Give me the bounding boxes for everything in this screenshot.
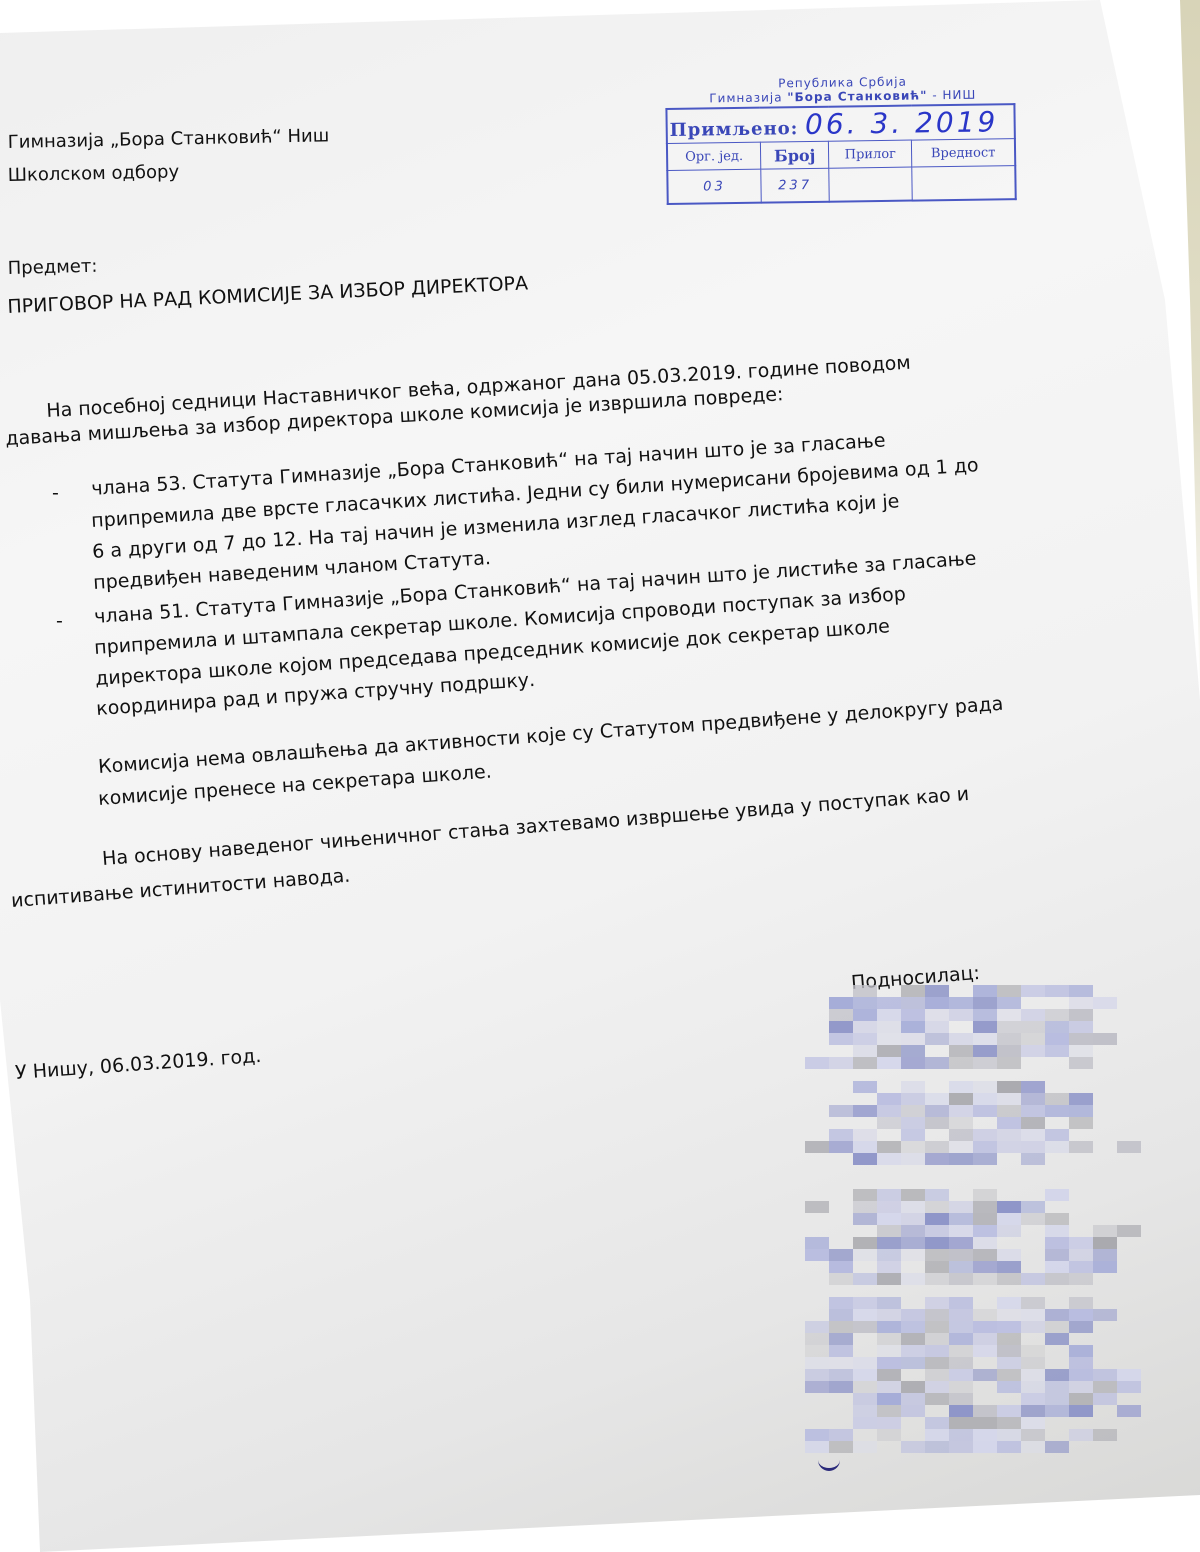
redaction-pixel: [853, 1021, 877, 1033]
redaction-pixel: [853, 1369, 877, 1381]
redaction-pixel: [1045, 1381, 1069, 1393]
redaction-pixel: [949, 1369, 973, 1381]
paragraph-3-line-2: испитивање истинитости навода.: [10, 865, 351, 912]
redaction-pixel: [829, 1321, 853, 1333]
redaction-pixel: [925, 1225, 949, 1237]
stamp-col-attachment: Прилог: [829, 140, 912, 168]
redaction-pixel: [997, 1021, 1021, 1033]
stamp-attachment-value: [829, 167, 912, 202]
redaction-pixel: [925, 1393, 949, 1405]
stamp-received-date: 06. 3. 2019: [805, 105, 999, 141]
redaction-pixel: [901, 997, 925, 1009]
redaction-pixel: [1069, 1429, 1093, 1441]
redaction-pixel: [829, 1369, 853, 1381]
redaction-pixel: [877, 1033, 901, 1045]
redaction-pixel: [829, 1381, 853, 1393]
redaction-pixel: [853, 1081, 877, 1093]
redaction-pixel: [1045, 1033, 1069, 1045]
stamp-value-value: [912, 166, 1016, 201]
redaction-pixel: [925, 1333, 949, 1345]
redaction-pixel: [877, 1357, 901, 1369]
redaction-pixel: [853, 1189, 877, 1201]
redaction-pixel: [1069, 1321, 1093, 1333]
redaction-pixel: [949, 1129, 973, 1141]
redaction-pixel: [1045, 1369, 1069, 1381]
redaction-pixel: [1045, 1129, 1069, 1141]
redaction-pixel: [925, 1273, 949, 1285]
registry-stamp: Република Србија Гимназија "Бора Станков…: [665, 73, 1022, 205]
handwritten-mark: [818, 1452, 840, 1471]
redaction-pixel: [853, 1321, 877, 1333]
redaction-pixel: [1045, 1249, 1069, 1261]
redaction-pixel: [853, 1249, 877, 1261]
redaction-pixel: [853, 1405, 877, 1417]
redaction-pixel: [949, 1201, 973, 1213]
redaction-pixel: [973, 1129, 997, 1141]
redaction-pixel: [853, 1033, 877, 1045]
redaction-pixel: [877, 1333, 901, 1345]
redaction-pixel: [997, 1225, 1021, 1237]
redaction-pixel: [901, 1309, 925, 1321]
redaction-pixel: [901, 1093, 925, 1105]
redaction-pixel: [949, 1225, 973, 1237]
redaction-pixel: [853, 1105, 877, 1117]
redaction-pixel: [877, 1405, 901, 1417]
redaction-pixel: [949, 1357, 973, 1369]
redaction-pixel: [925, 1093, 949, 1105]
redaction-pixel: [829, 1033, 853, 1045]
redaction-pixel: [925, 1201, 949, 1213]
redaction-pixel: [877, 1345, 901, 1357]
redaction-pixel: [1021, 1297, 1045, 1309]
redaction-pixel: [853, 1441, 877, 1453]
redaction-pixel: [997, 1129, 1021, 1141]
redaction-pixel: [1021, 1309, 1045, 1321]
redaction-pixel: [1093, 1369, 1117, 1381]
redaction-pixel: [1069, 1021, 1093, 1033]
redaction-pixel: [1069, 1057, 1093, 1069]
redaction-pixel: [853, 1237, 877, 1249]
place-date: У Нишу, 06.03.2019. год.: [14, 1045, 262, 1084]
redaction-pixel: [1117, 1369, 1141, 1381]
redaction-pixel: [973, 1141, 997, 1153]
redaction-pixel: [1045, 1273, 1069, 1285]
redaction-pixel: [877, 1021, 901, 1033]
redaction-pixel: [997, 1321, 1021, 1333]
redaction-pixel: [901, 1441, 925, 1453]
redacted-signatures: [805, 985, 1165, 1455]
redaction-pixel: [1021, 1429, 1045, 1441]
redaction-pixel: [1021, 1213, 1045, 1225]
redaction-pixel: [949, 1237, 973, 1249]
redaction-pixel: [1045, 1021, 1069, 1033]
redaction-pixel: [853, 1201, 877, 1213]
redaction-pixel: [877, 1273, 901, 1285]
redaction-pixel: [997, 1093, 1021, 1105]
redaction-pixel: [1117, 1225, 1141, 1237]
redaction-pixel: [1045, 985, 1069, 997]
redaction-pixel: [1021, 1033, 1045, 1045]
redaction-pixel: [877, 1309, 901, 1321]
redaction-pixel: [973, 1033, 997, 1045]
redaction-pixel: [973, 1081, 997, 1093]
redaction-pixel: [949, 1249, 973, 1261]
redaction-pixel: [973, 1057, 997, 1069]
redaction-pixel: [1069, 1273, 1093, 1285]
redaction-pixel: [877, 1417, 901, 1429]
redaction-pixel: [805, 1429, 829, 1441]
redaction-pixel: [949, 1117, 973, 1129]
redaction-pixel: [853, 1357, 877, 1369]
redaction-pixel: [1093, 1033, 1117, 1045]
redaction-pixel: [853, 1057, 877, 1069]
redaction-pixel: [949, 1033, 973, 1045]
redaction-pixel: [1021, 1141, 1045, 1153]
redaction-pixel: [1069, 1237, 1093, 1249]
stamp-col-value: Вредност: [912, 139, 1016, 167]
redaction-pixel: [925, 1189, 949, 1201]
redaction-pixel: [1045, 1189, 1069, 1201]
redaction-pixel: [1021, 1369, 1045, 1381]
redaction-pixel: [997, 1057, 1021, 1069]
redaction-pixel: [925, 1009, 949, 1021]
redaction-pixel: [805, 1345, 829, 1357]
redaction-pixel: [1093, 997, 1117, 1009]
stamp-org-unit-value: 03: [667, 169, 761, 204]
redaction-pixel: [805, 1141, 829, 1153]
redaction-pixel: [1021, 1321, 1045, 1333]
redaction-pixel: [1069, 1033, 1093, 1045]
redaction-pixel: [901, 1393, 925, 1405]
redaction-pixel: [1069, 1345, 1093, 1357]
redaction-pixel: [925, 1057, 949, 1069]
redaction-pixel: [877, 1057, 901, 1069]
redaction-pixel: [997, 1117, 1021, 1129]
redaction-pixel: [1069, 1369, 1093, 1381]
redaction-pixel: [853, 1009, 877, 1021]
redaction-pixel: [829, 1057, 853, 1069]
redaction-pixel: [1045, 1261, 1069, 1273]
redaction-pixel: [1045, 1225, 1069, 1237]
redaction-pixel: [1069, 1045, 1093, 1057]
redaction-pixel: [805, 1357, 829, 1369]
redaction-pixel: [1045, 1045, 1069, 1057]
redaction-pixel: [1069, 1261, 1093, 1273]
redaction-pixel: [925, 1249, 949, 1261]
redaction-pixel: [1045, 1237, 1069, 1249]
redaction-pixel: [973, 1213, 997, 1225]
redaction-pixel: [901, 1273, 925, 1285]
redaction-pixel: [925, 985, 949, 997]
redaction-pixel: [1021, 1093, 1045, 1105]
redaction-pixel: [973, 1153, 997, 1165]
redaction-pixel: [1117, 1141, 1141, 1153]
redaction-pixel: [901, 1333, 925, 1345]
redaction-pixel: [1093, 1237, 1117, 1249]
redaction-pixel: [949, 1081, 973, 1093]
redaction-pixel: [1021, 1153, 1045, 1165]
redaction-pixel: [877, 1105, 901, 1117]
stamp-number-value: 237: [761, 168, 830, 202]
redaction-pixel: [853, 1129, 877, 1141]
redaction-pixel: [901, 1357, 925, 1369]
redaction-pixel: [925, 1021, 949, 1033]
redaction-pixel: [1021, 1009, 1045, 1021]
redaction-pixel: [1021, 1417, 1045, 1429]
redaction-pixel: [997, 1333, 1021, 1345]
redaction-pixel: [829, 1021, 853, 1033]
redaction-pixel: [1093, 1261, 1117, 1273]
redaction-pixel: [829, 997, 853, 1009]
redaction-pixel: [1021, 1405, 1045, 1417]
redaction-pixel: [805, 1369, 829, 1381]
redaction-pixel: [829, 1309, 853, 1321]
redaction-pixel: [1021, 1273, 1045, 1285]
redaction-pixel: [997, 1405, 1021, 1417]
redaction-pixel: [997, 1297, 1021, 1309]
redaction-pixel: [901, 1117, 925, 1129]
redaction-pixel: [877, 1153, 901, 1165]
redaction-pixel: [1045, 1333, 1069, 1345]
redaction-pixel: [1021, 1081, 1045, 1093]
redaction-pixel: [1069, 1249, 1093, 1261]
redaction-pixel: [877, 1045, 901, 1057]
redaction-pixel: [925, 1417, 949, 1429]
redaction-pixel: [901, 1381, 925, 1393]
redaction-pixel: [1069, 1297, 1093, 1309]
document-content: Гимназија „Бора Станковић“ Ниш Школском …: [0, 0, 1200, 1552]
redaction-pixel: [973, 1345, 997, 1357]
redaction-pixel: [949, 1429, 973, 1441]
redaction-pixel: [877, 1213, 901, 1225]
redaction-pixel: [1117, 1405, 1141, 1417]
stamp-received: Примљено: 06. 3. 2019: [666, 104, 1014, 143]
redaction-pixel: [901, 1153, 925, 1165]
redaction-pixel: [853, 1309, 877, 1321]
redaction-pixel: [1021, 1441, 1045, 1453]
redaction-pixel: [805, 1381, 829, 1393]
redaction-pixel: [949, 1417, 973, 1429]
redaction-pixel: [901, 1033, 925, 1045]
redaction-pixel: [997, 1441, 1021, 1453]
redaction-pixel: [1069, 1393, 1093, 1405]
redaction-pixel: [853, 1393, 877, 1405]
redaction-pixel: [901, 1129, 925, 1141]
redaction-pixel: [1021, 1357, 1045, 1369]
redaction-pixel: [997, 1009, 1021, 1021]
redaction-pixel: [949, 1381, 973, 1393]
redaction-pixel: [901, 985, 925, 997]
redaction-pixel: [949, 1441, 973, 1453]
redaction-pixel: [877, 1189, 901, 1201]
redaction-pixel: [925, 997, 949, 1009]
redaction-pixel: [973, 1333, 997, 1345]
redaction-pixel: [925, 1297, 949, 1309]
redaction-pixel: [1069, 1381, 1093, 1393]
redaction-pixel: [949, 997, 973, 1009]
redaction-pixel: [877, 997, 901, 1009]
redaction-pixel: [901, 1321, 925, 1333]
redaction-pixel: [877, 1297, 901, 1309]
redaction-pixel: [949, 1009, 973, 1021]
redaction-pixel: [925, 1237, 949, 1249]
redaction-pixel: [877, 1009, 901, 1021]
redaction-pixel: [997, 1345, 1021, 1357]
redaction-pixel: [1045, 1321, 1069, 1333]
redaction-pixel: [925, 1381, 949, 1393]
redaction-pixel: [973, 1321, 997, 1333]
subject-label: Предмет:: [7, 256, 97, 279]
redaction-pixel: [1069, 1357, 1093, 1369]
redaction-pixel: [829, 1297, 853, 1309]
redaction-pixel: [949, 1141, 973, 1153]
redaction-pixel: [1045, 1309, 1069, 1321]
redaction-pixel: [1093, 1225, 1117, 1237]
redaction-pixel: [949, 1261, 973, 1273]
redaction-pixel: [901, 1345, 925, 1357]
redaction-pixel: [877, 1249, 901, 1261]
redaction-pixel: [997, 985, 1021, 997]
redaction-pixel: [1021, 985, 1045, 997]
redaction-pixel: [1045, 1105, 1069, 1117]
redaction-pixel: [829, 1105, 853, 1117]
redaction-pixel: [997, 1357, 1021, 1369]
redaction-pixel: [853, 1153, 877, 1165]
redaction-pixel: [1021, 1345, 1045, 1357]
redaction-pixel: [1021, 1105, 1045, 1117]
redaction-pixel: [1021, 1393, 1045, 1405]
redaction-pixel: [1045, 1093, 1069, 1105]
redaction-pixel: [925, 1117, 949, 1129]
redaction-pixel: [997, 1201, 1021, 1213]
redaction-pixel: [1069, 985, 1093, 997]
redaction-pixel: [1069, 1117, 1093, 1129]
redaction-pixel: [829, 1429, 853, 1441]
redaction-pixel: [901, 1189, 925, 1201]
redaction-pixel: [901, 1225, 925, 1237]
redaction-pixel: [829, 1141, 853, 1153]
redaction-pixel: [1021, 1045, 1045, 1057]
redaction-pixel: [949, 1213, 973, 1225]
redaction-pixel: [997, 1417, 1021, 1429]
redaction-pixel: [853, 985, 877, 997]
redaction-pixel: [877, 1369, 901, 1381]
bullet-2-marker: -: [56, 610, 63, 632]
redaction-pixel: [1021, 1129, 1045, 1141]
redaction-pixel: [805, 1249, 829, 1261]
redaction-pixel: [949, 1153, 973, 1165]
redaction-pixel: [829, 1333, 853, 1345]
redaction-pixel: [973, 1249, 997, 1261]
redaction-pixel: [829, 1129, 853, 1141]
redaction-pixel: [901, 1249, 925, 1261]
redaction-pixel: [853, 1297, 877, 1309]
redaction-pixel: [1069, 997, 1093, 1009]
redaction-pixel: [949, 1345, 973, 1357]
redaction-pixel: [949, 1321, 973, 1333]
redaction-pixel: [1093, 1429, 1117, 1441]
redaction-pixel: [925, 1309, 949, 1321]
redaction-pixel: [973, 1189, 997, 1201]
redaction-pixel: [973, 1201, 997, 1213]
redaction-pixel: [1045, 1441, 1069, 1453]
redaction-pixel: [805, 1333, 829, 1345]
redaction-pixel: [997, 1249, 1021, 1261]
redaction-pixel: [901, 1081, 925, 1093]
redaction-pixel: [829, 1249, 853, 1261]
redaction-pixel: [997, 1309, 1021, 1321]
redaction-pixel: [925, 1345, 949, 1357]
redaction-pixel: [973, 1225, 997, 1237]
bullet-1-marker: -: [52, 482, 59, 504]
photo-of-document: Гимназија „Бора Станковић“ Ниш Школском …: [0, 0, 1200, 1552]
redaction-pixel: [805, 1201, 829, 1213]
redaction-pixel: [829, 1345, 853, 1357]
redaction-pixel: [805, 1321, 829, 1333]
redaction-pixel: [973, 1405, 997, 1417]
redaction-pixel: [901, 1213, 925, 1225]
redaction-pixel: [829, 1261, 853, 1273]
redaction-pixel: [925, 1153, 949, 1165]
redaction-pixel: [973, 1441, 997, 1453]
redaction-pixel: [1093, 1393, 1117, 1405]
redaction-pixel: [1069, 1009, 1093, 1021]
redaction-pixel: [901, 1009, 925, 1021]
redaction-pixel: [877, 1393, 901, 1405]
redaction-pixel: [1069, 1105, 1093, 1117]
redaction-pixel: [997, 1141, 1021, 1153]
redaction-pixel: [1117, 1381, 1141, 1393]
redaction-pixel: [877, 1117, 901, 1129]
redaction-pixel: [877, 1381, 901, 1393]
redaction-pixel: [949, 1333, 973, 1345]
redaction-pixel: [901, 1105, 925, 1117]
redaction-pixel: [1021, 1201, 1045, 1213]
redaction-pixel: [1069, 1309, 1093, 1321]
redaction-pixel: [949, 1093, 973, 1105]
stamp-col-org-unit: Орг. јед.: [667, 142, 761, 170]
redaction-pixel: [973, 1429, 997, 1441]
redaction-pixel: [1045, 1213, 1069, 1225]
redaction-pixel: [1021, 1117, 1045, 1129]
school-header: Гимназија „Бора Станковић“ Ниш: [8, 125, 330, 153]
redaction-pixel: [973, 1045, 997, 1057]
redaction-pixel: [901, 1045, 925, 1057]
redaction-pixel: [1093, 1309, 1117, 1321]
redaction-pixel: [877, 1225, 901, 1237]
redaction-pixel: [949, 1105, 973, 1117]
redaction-pixel: [973, 1261, 997, 1273]
redaction-pixel: [1045, 1393, 1069, 1405]
stamp-col-number: Број: [760, 141, 829, 169]
redaction-pixel: [973, 1369, 997, 1381]
redaction-pixel: [901, 1405, 925, 1417]
redaction-pixel: [877, 1141, 901, 1153]
redaction-pixel: [877, 1261, 901, 1273]
redaction-pixel: [853, 1381, 877, 1393]
redaction-pixel: [853, 1045, 877, 1057]
redaction-pixel: [997, 1261, 1021, 1273]
redaction-pixel: [925, 1429, 949, 1441]
redaction-pixel: [1069, 1405, 1093, 1417]
redaction-pixel: [853, 1273, 877, 1285]
redaction-pixel: [997, 1081, 1021, 1093]
redaction-pixel: [805, 1237, 829, 1249]
recipient: Школском одбору: [8, 161, 180, 186]
redaction-pixel: [997, 1033, 1021, 1045]
redaction-pixel: [901, 1021, 925, 1033]
redaction-pixel: [877, 1429, 901, 1441]
